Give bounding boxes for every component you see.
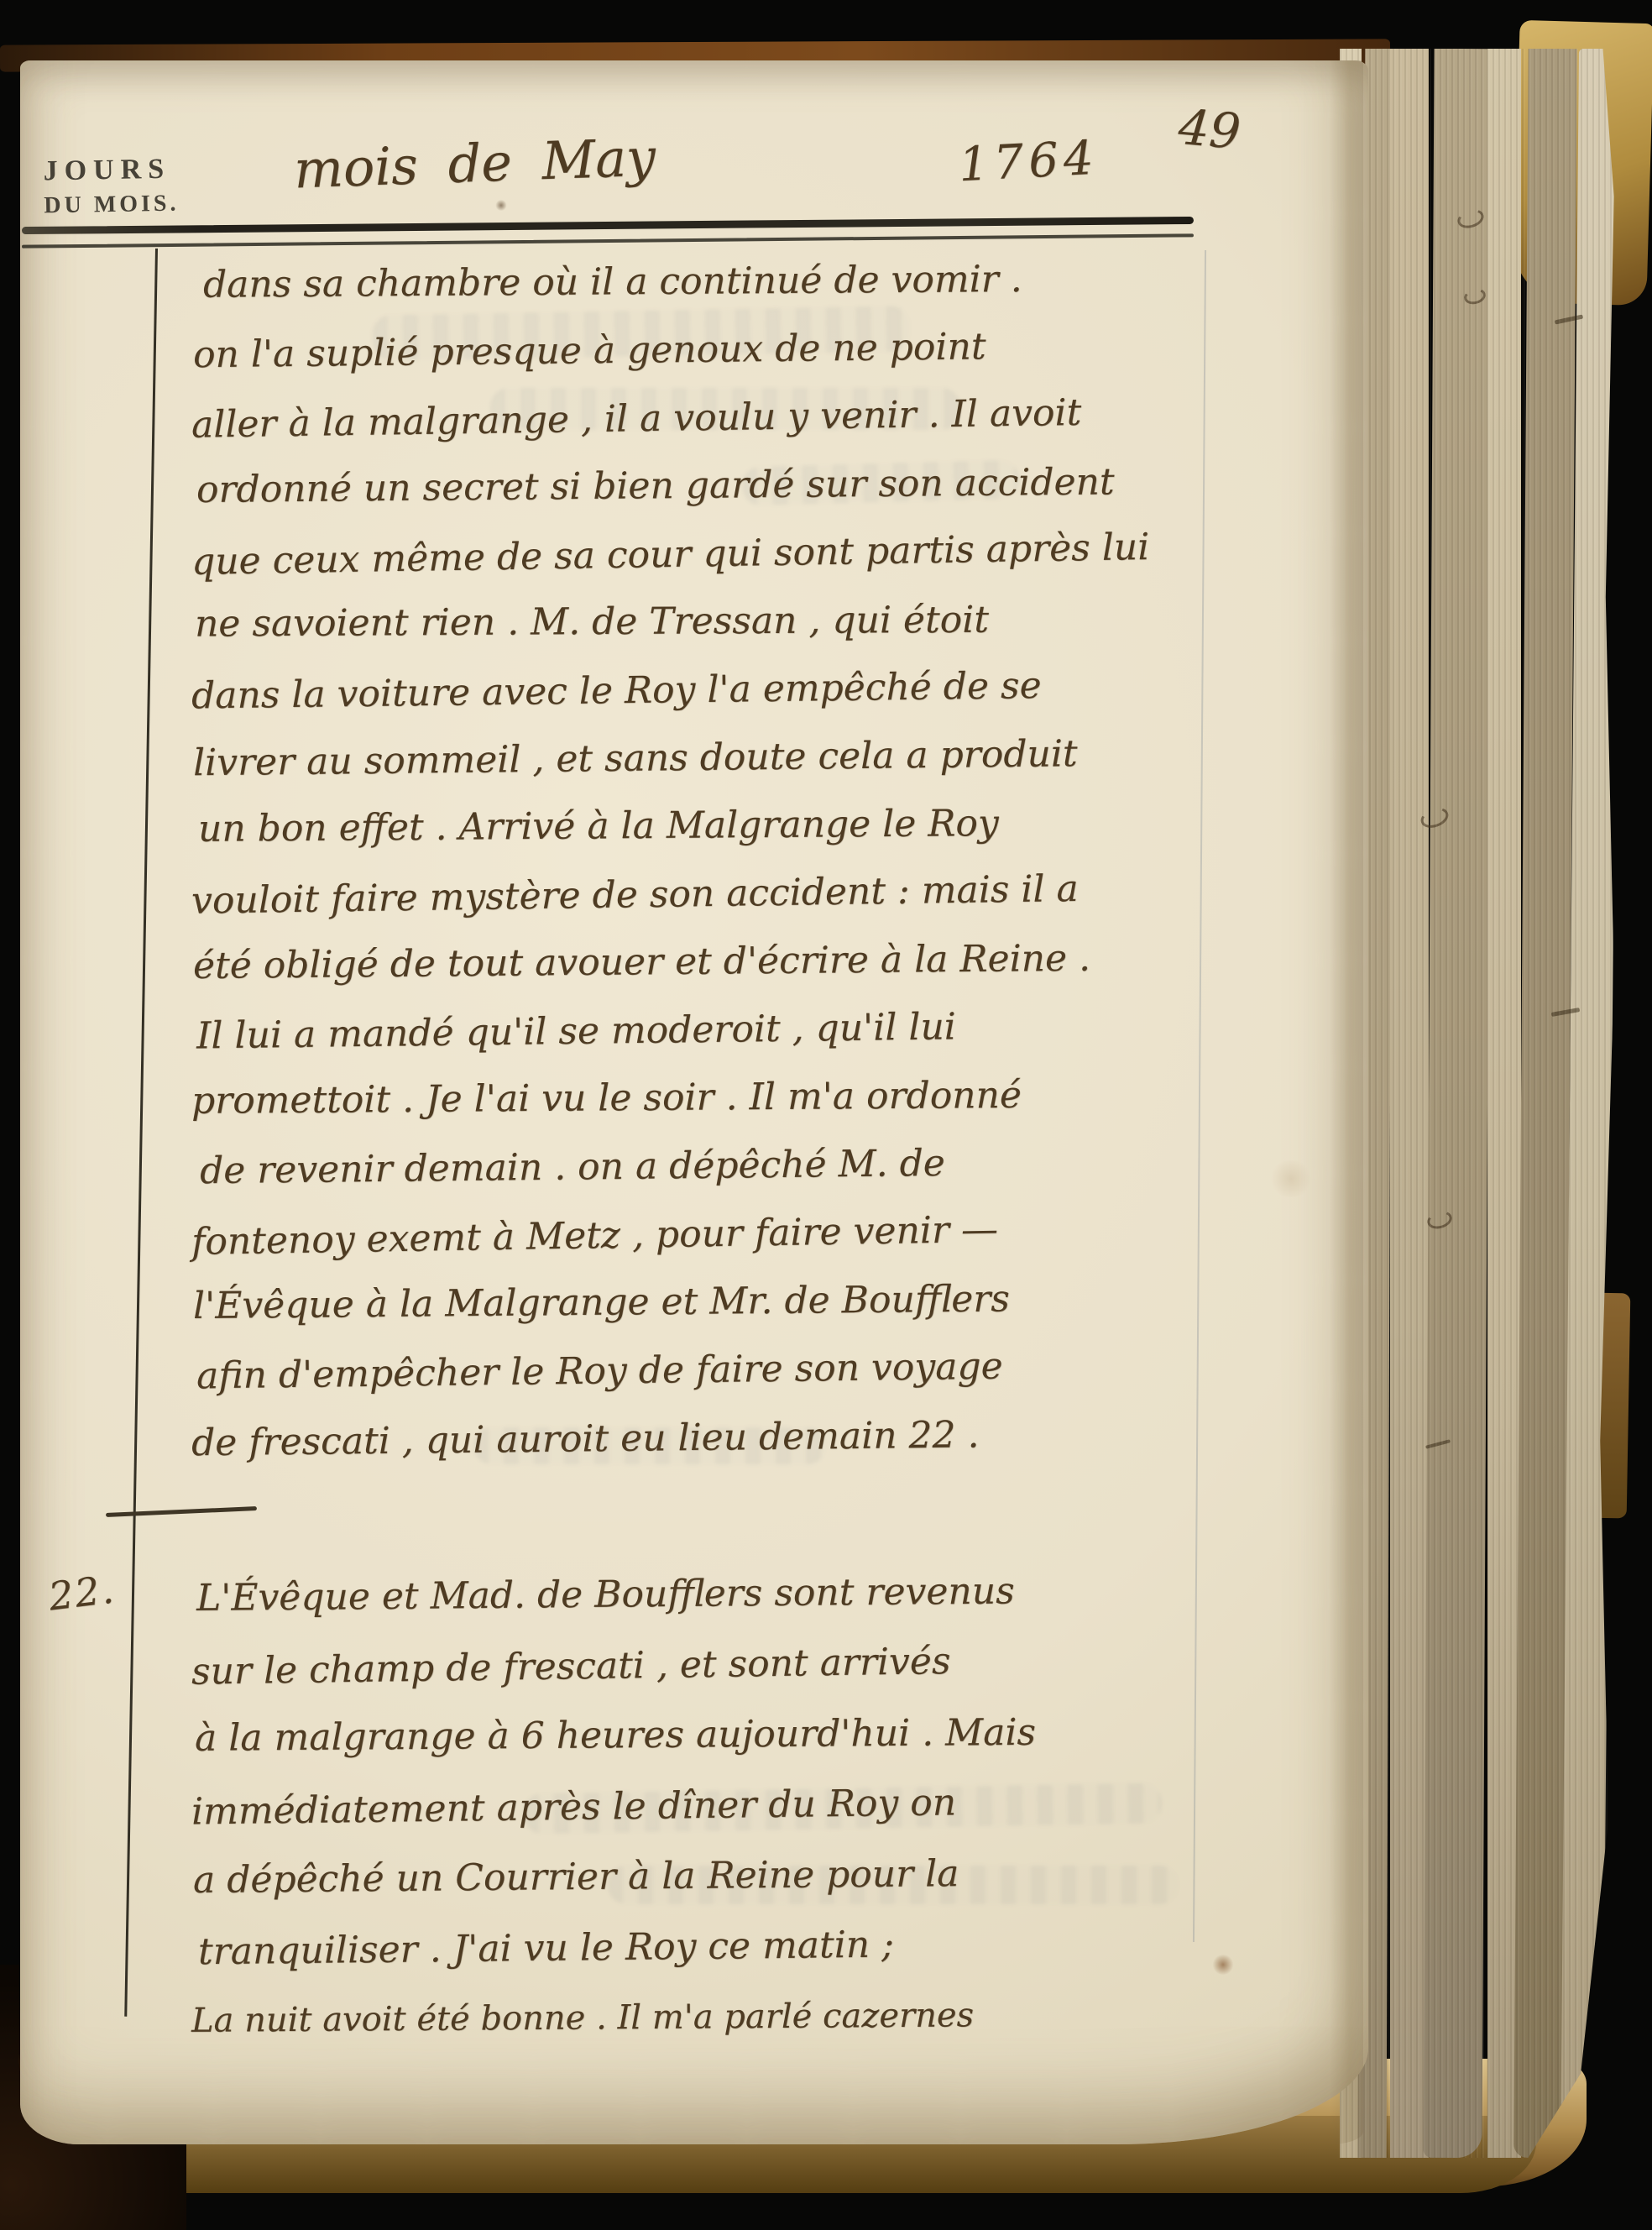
margin-day-number: 22.: [46, 1566, 118, 1619]
manuscript-line: promettoit . Je l'ai vu le soir . Il m'a…: [191, 1059, 1359, 1135]
printed-margin-heading: JOURS DU MOIS.: [43, 154, 179, 220]
manuscript-line: afin d'empêcher le Roy de faire son voya…: [196, 1328, 1359, 1411]
manuscript-line: de frescati , qui auroit eu lieu demain …: [191, 1397, 1359, 1478]
edge-ink-mark: [1425, 1208, 1454, 1231]
manuscript-line: La nuit avoit été bonne . Il m'a parlé c…: [191, 1977, 1359, 2056]
photo-backdrop: JOURS DU MOIS. mois de May 1764 49 dans …: [0, 0, 1652, 2230]
handwritten-year: 1764: [957, 131, 1100, 193]
edge-ink-mark: [1555, 315, 1583, 325]
manuscript-line: immédiatement après le dîner du Roy on: [191, 1763, 1359, 1848]
handwritten-page-number: 49: [1176, 98, 1242, 160]
manuscript-line: l'Évêque à la Malgrange et Mr. de Bouffl…: [193, 1262, 1359, 1340]
manuscript-line: vouloit faire mystère de son accident : …: [191, 851, 1359, 934]
edge-ink-mark: [1425, 1439, 1451, 1449]
manuscript-line: a dépêché un Courrier à la Reine pour la: [193, 1835, 1359, 1916]
entry-block-day-22: L'Évêque et Mad. de Boufflers sont reven…: [191, 1558, 1358, 2052]
manuscript-line: été obligé de tout avouer et d'écrire à …: [193, 922, 1359, 1000]
manuscript-line: L'Évêque et Mad. de Boufflers sont reven…: [196, 1553, 1359, 1634]
manuscript-line: que ceux même de sa cour qui sont partis…: [191, 510, 1358, 596]
page-edge-strip: [1423, 49, 1493, 2158]
handwritten-month-title: mois de May: [293, 127, 656, 201]
entry-end-dash: [106, 1506, 257, 1517]
edge-ink-mark: [1551, 1008, 1580, 1017]
page-edge-strip: [1487, 49, 1521, 2158]
margin-vertical-rule: [124, 249, 158, 2017]
manuscript-line: tranquiliser . J'ai vu le Roy ce matin ;: [198, 1905, 1359, 1987]
page-edge-strip: [1390, 49, 1429, 2158]
entry-block-continued: dans sa chambre où il a continué de vomi…: [191, 247, 1358, 1471]
manuscript-line: dans la voiture avec le Roy l'a empêché …: [191, 648, 1359, 730]
edge-ink-mark: [1418, 804, 1451, 831]
manuscript-line: un bon effet . Arrivé à la Malgrange le …: [198, 787, 1359, 863]
printed-double-rule-top: [22, 217, 1194, 234]
page-edge-strip: [1513, 49, 1577, 2158]
manuscript-line: Il lui a mandé qu'il se moderoit , qu'il…: [196, 988, 1359, 1071]
printed-heading-line1: JOURS: [43, 154, 179, 188]
manuscript-line: à la malgrange à 6 heures aujourd'hui . …: [195, 1695, 1359, 1774]
manuscript-line: sur le champ de frescati , et sont arriv…: [191, 1620, 1358, 1707]
edge-ink-mark: [1456, 207, 1487, 232]
manuscript-line: dans sa chambre où il a continué de vomi…: [203, 243, 1359, 319]
fore-edge-pages: [1340, 49, 1617, 2158]
manuscript-line: ne savoient rien . M. de Tressan , qui é…: [195, 584, 1358, 657]
manuscript-line: livrer au sommeil , et sans doute cela a…: [193, 717, 1359, 798]
edge-ink-mark: [1462, 286, 1487, 306]
ink-stain: [495, 200, 507, 211]
manuscript-line: aller à la malgrange , il a voulu y veni…: [191, 374, 1359, 458]
page-edge-strip: [1561, 49, 1621, 2158]
printed-heading-line2: DU MOIS.: [44, 191, 180, 220]
manuscript-page: JOURS DU MOIS. mois de May 1764 49 dans …: [20, 60, 1368, 2144]
